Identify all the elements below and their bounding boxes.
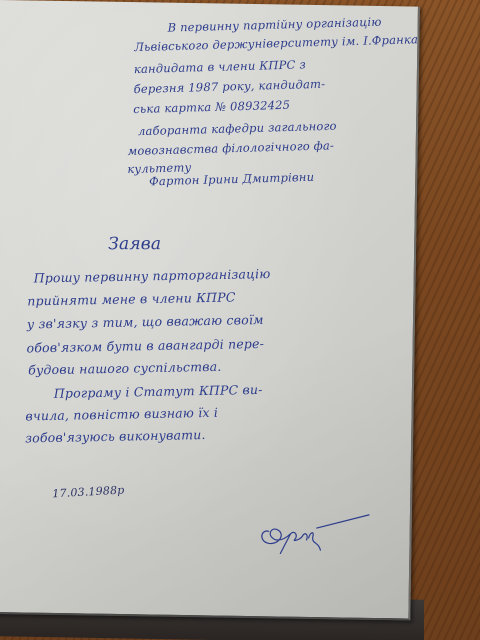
document-title: Заява <box>108 234 161 254</box>
signature-icon <box>256 509 377 561</box>
document-page: В первинну партійну організацію Львівськ… <box>0 0 420 621</box>
